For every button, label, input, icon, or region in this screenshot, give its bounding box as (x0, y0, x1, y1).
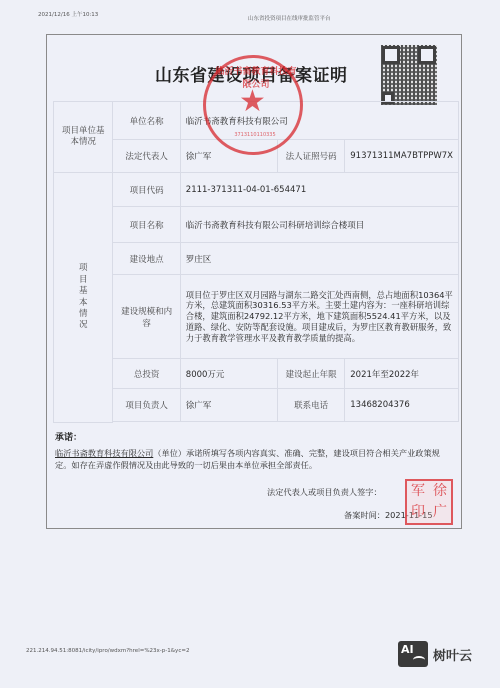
seal-char: 军 (407, 481, 429, 502)
phone-value: 13468204376 (345, 389, 459, 422)
location-label: 建设地点 (113, 243, 180, 275)
project-name-label: 项目名称 (113, 207, 180, 243)
manager-value: 徐广军 (180, 389, 277, 422)
row-manager: 项目负责人 徐广军 联系电话 13468204376 (54, 389, 459, 422)
period-label: 建设起止年限 (277, 359, 344, 389)
group-char: 项 (59, 263, 107, 274)
certificate-frame: 山东省建设项目备案证明 项目单位基本情况 单位名称 临沂书斋教育科技有限公司 法… (46, 34, 462, 529)
row-project-name: 项目名称 临沂书斋教育科技有限公司科研培训综合楼项目 (54, 207, 459, 243)
ai-logo-icon: AI (398, 641, 428, 667)
project-code-value: 2111-371311-04-01-654471 (180, 173, 458, 207)
manager-label: 项目负责人 (113, 389, 180, 422)
group-char: 本 (59, 298, 107, 309)
group-char: 目 (59, 275, 107, 286)
unit-name-label: 单位名称 (113, 102, 180, 140)
period-value: 2021年至2022年 (345, 359, 459, 389)
phone-label: 联系电话 (277, 389, 344, 422)
record-time-label: 备案时间： (344, 510, 385, 520)
legal-rep-value: 徐广军 (180, 140, 277, 173)
group-char: 基 (59, 286, 107, 297)
row-legal-rep: 法定代表人 徐广军 法人证照号码 91371311MA7BTPPW7X (54, 140, 459, 173)
seal-char: 印 (407, 502, 429, 523)
legal-rep-label: 法定代表人 (113, 140, 180, 173)
page-url: 221.214.94.51:8081/icity/ipro/wdxm?hrel=… (26, 648, 189, 654)
row-scale: 建设规模和内容 项目位于罗庄区双月园路与湖东二路交汇处西南侧，总占地面积1036… (54, 275, 459, 359)
seal-char: 徐 (429, 481, 451, 502)
investment-label: 总投资 (113, 359, 180, 389)
promise-company: 临沂书斋教育科技有限公司 (55, 448, 153, 458)
group-char: 情 (59, 309, 107, 320)
project-group-label: 项 目 基 本 情 况 (54, 173, 113, 423)
platform-name: 山东省投资项目在线审批监管平台 (248, 14, 331, 22)
row-unit-name: 项目单位基本情况 单位名称 临沂书斋教育科技有限公司 (54, 102, 459, 140)
scale-value: 项目位于罗庄区双月园路与湖东二路交汇处西南侧，总占地面积10364平方米，总建筑… (180, 275, 458, 359)
row-location: 建设地点 罗庄区 (54, 243, 459, 275)
watermark: AI 树叶云 (398, 641, 472, 667)
group-char: 况 (59, 320, 107, 331)
location-value: 罗庄区 (180, 243, 458, 275)
promise-body: 临沂书斋教育科技有限公司（单位）承诺所填写各项内容真实、准确、完整，建设项目符合… (55, 448, 447, 472)
license-label: 法人证照号码 (277, 140, 344, 173)
certificate-title: 山东省建设项目备案证明 (155, 61, 348, 86)
seal-char: 广 (429, 502, 451, 523)
qr-code-icon (381, 45, 437, 105)
row-investment: 总投资 8000万元 建设起止年限 2021年至2022年 (54, 359, 459, 389)
logo-text: AI (401, 643, 414, 656)
watermark-brand: 树叶云 (433, 645, 472, 664)
row-project-code: 项 目 基 本 情 况 项目代码 2111-371311-04-01-65447… (54, 173, 459, 207)
project-code-label: 项目代码 (113, 173, 180, 207)
personal-seal-stamp: 军 徐 印 广 (405, 479, 453, 525)
unit-group-label: 项目单位基本情况 (54, 102, 113, 173)
unit-name-value: 临沂书斋教育科技有限公司 (180, 102, 458, 140)
certificate-table: 项目单位基本情况 单位名称 临沂书斋教育科技有限公司 法定代表人 徐广军 法人证… (53, 101, 459, 423)
project-name-value: 临沂书斋教育科技有限公司科研培训综合楼项目 (180, 207, 458, 243)
investment-value: 8000万元 (180, 359, 277, 389)
scale-label: 建设规模和内容 (113, 275, 180, 359)
promise-title: 承诺： (55, 430, 82, 443)
signature-label: 法定代表人或项目负责人签字： (267, 487, 382, 498)
print-datetime: 2021/12/16 上午10:13 (38, 10, 98, 18)
license-value: 91371311MA7BTPPW7X (345, 140, 459, 173)
print-header: 2021/12/16 上午10:13 山东省投资项目在线审批监管平台 (38, 10, 460, 24)
